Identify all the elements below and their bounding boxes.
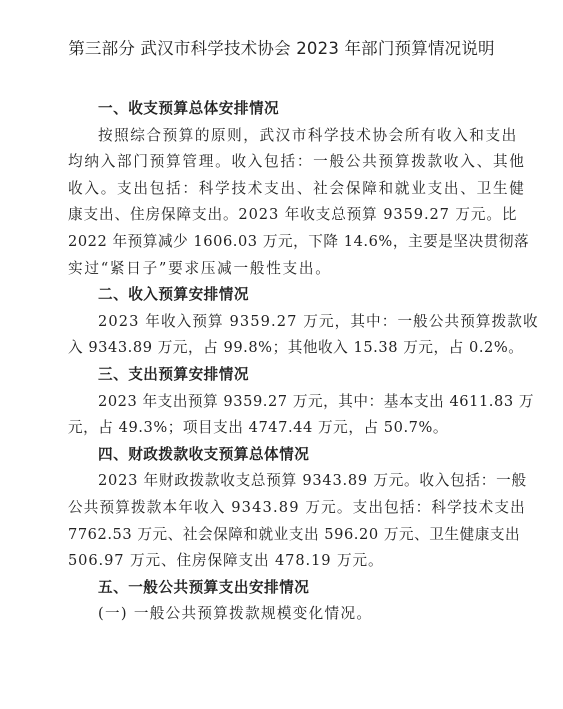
paragraph-line: 公共预算拨款本年收入 9343.89 万元。支出包括：科学技术支出	[68, 495, 492, 522]
section-heading: 四、财政拨款收支预算总体情况	[68, 442, 492, 469]
paragraph-line: 2022 年预算减少 1606.03 万元，下降 14.6%，主要是坚决贯彻落	[68, 229, 492, 256]
section-1: 一、收支预算总体安排情况 按照综合预算的原则，武汉市科学技术协会所有收入和支出 …	[68, 96, 492, 282]
document-page: 第三部分 武汉市科学技术协会 2023 年部门预算情况说明 一、收支预算总体安排…	[0, 0, 563, 709]
document-title: 第三部分 武汉市科学技术协会 2023 年部门预算情况说明	[0, 37, 563, 61]
paragraph-line: 2023 年财政拨款收支总预算 9343.89 万元。收入包括：一般	[68, 468, 492, 495]
section-heading: 五、一般公共预算支出安排情况	[68, 575, 492, 602]
paragraph-line: (一) 一般公共预算拨款规模变化情况。	[68, 601, 492, 628]
paragraph-line: 7762.53 万元、社会保障和就业支出 596.20 万元、卫生健康支出	[68, 522, 492, 549]
paragraph-line: 康支出、住房保障支出。2023 年收支总预算 9359.27 万元。比	[68, 202, 492, 229]
paragraph-line: 入 9343.89 万元，占 99.8%；其他收入 15.38 万元，占 0.2…	[68, 335, 492, 362]
paragraph-line: 2023 年支出预算 9359.27 万元，其中：基本支出 4611.83 万	[68, 389, 492, 416]
section-heading: 三、支出预算安排情况	[68, 362, 492, 389]
section-heading: 二、收入预算安排情况	[68, 282, 492, 309]
section-2: 二、收入预算安排情况 2023 年收入预算 9359.27 万元，其中：一般公共…	[68, 282, 492, 362]
section-3: 三、支出预算安排情况 2023 年支出预算 9359.27 万元，其中：基本支出…	[68, 362, 492, 442]
paragraph-line: 元，占 49.3%；项目支出 4747.44 万元，占 50.7%。	[68, 415, 492, 442]
paragraph-line: 506.97 万元、住房保障支出 478.19 万元。	[68, 548, 492, 575]
paragraph-line: 2023 年收入预算 9359.27 万元，其中：一般公共预算拨款收	[68, 309, 492, 336]
section-heading: 一、收支预算总体安排情况	[68, 96, 492, 123]
document-body: 一、收支预算总体安排情况 按照综合预算的原则，武汉市科学技术协会所有收入和支出 …	[68, 96, 492, 628]
paragraph-line: 按照综合预算的原则，武汉市科学技术协会所有收入和支出	[68, 123, 492, 150]
section-5: 五、一般公共预算支出安排情况 (一) 一般公共预算拨款规模变化情况。	[68, 575, 492, 628]
paragraph-line: 实过“紧日子”要求压减一般性支出。	[68, 256, 492, 283]
paragraph-line: 收入。支出包括：科学技术支出、社会保障和就业支出、卫生健	[68, 176, 492, 203]
section-4: 四、财政拨款收支预算总体情况 2023 年财政拨款收支总预算 9343.89 万…	[68, 442, 492, 575]
paragraph-line: 均纳入部门预算管理。收入包括：一般公共预算拨款收入、其他	[68, 149, 492, 176]
